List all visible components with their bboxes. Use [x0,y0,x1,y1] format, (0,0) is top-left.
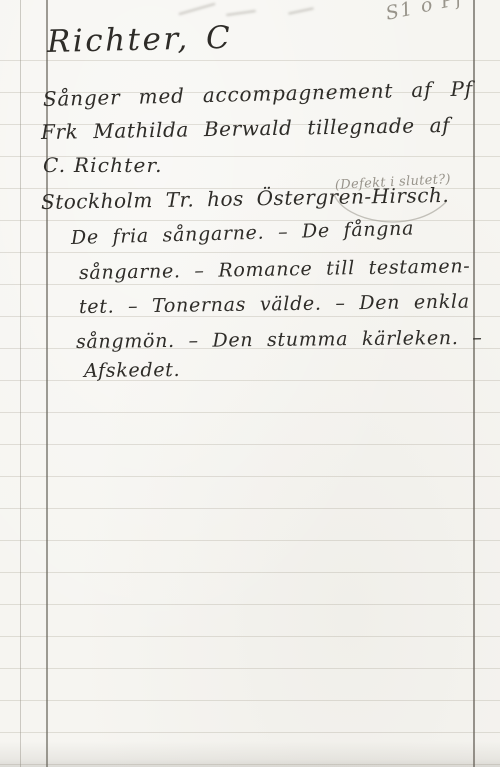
catalog-heading-composer-name: Richter, C [47,20,233,60]
title-line-3-author: C. Richter. [43,153,163,177]
scan-bottom-shadow [0,741,500,767]
shelfmark-pencil-annotation: S1 o Pf [384,0,466,25]
erased-pencil-smudge [288,7,314,14]
erased-pencil-smudge [178,3,215,15]
title-line-2-dedication: Frk Mathilda Berwald tillegnade af [41,113,451,144]
right-margin-rule [473,0,475,767]
left-margin-rule [46,0,48,767]
contents-line-1: De fria sångarne. – De fångna [71,217,415,249]
contents-line-3: tet. – Tonernas välde. – Den enkla [79,291,470,318]
contents-line-4: sångmön. – Den stumma kärleken. – [76,327,483,353]
erased-pencil-smudge [226,10,256,16]
title-line-1: Sånger med accompagnement af Pf [43,76,473,110]
left-margin-rule-faint [20,0,21,767]
catalog-card-scan: S1 o Pf Richter, C Sånger med accompagne… [0,0,500,767]
contents-line-5: Afskedet. [84,359,181,382]
contents-line-2: sångarne. – Romance till testamen- [79,255,471,284]
